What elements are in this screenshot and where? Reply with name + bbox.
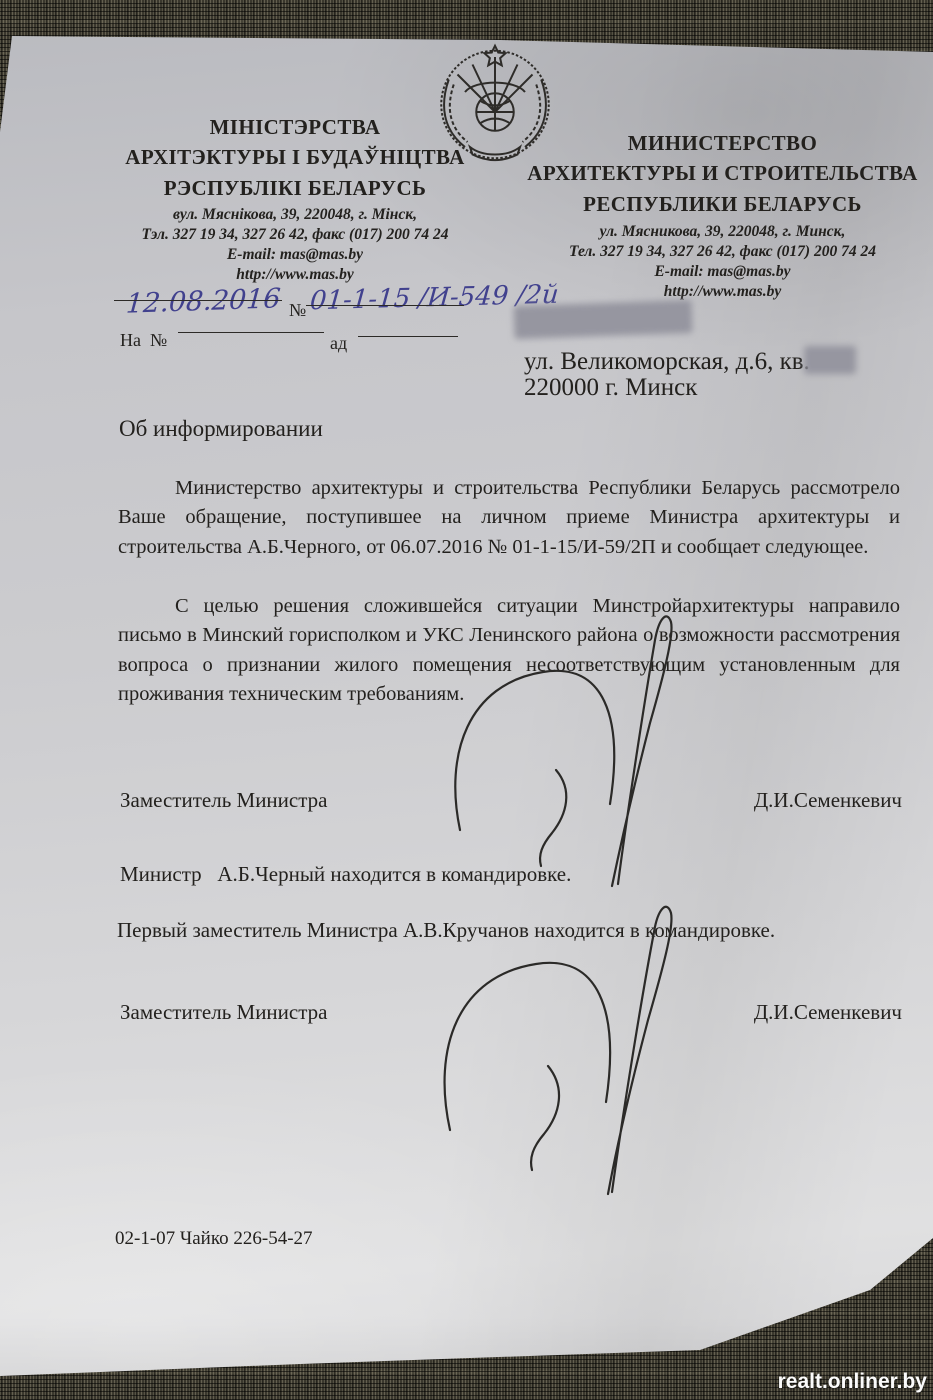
pen-signature-1 [440, 592, 700, 892]
signatory-name-1: Д.И.Семенкевич [754, 788, 902, 813]
redaction-blur-number [513, 300, 692, 339]
signatory-title-2: Заместитель Министра [120, 1000, 327, 1025]
photographed-letter: МІНІСТЭРСТВА АРХІТЭКТУРЫ І БУДАЎНІЦТВА Р… [0, 0, 933, 1400]
signatory-name-2: Д.И.Семенкевич [754, 1000, 902, 1025]
org-email-by: E-mail: mas@mas.by [95, 245, 495, 265]
org-address-ru: ул. Мясникова, 39, 220048, г. Минск, [520, 222, 925, 242]
na-number-label: На № [120, 330, 167, 351]
na-number-underline [178, 332, 324, 333]
org-phone-by: Тэл. 327 19 34, 327 26 42, факс (017) 20… [95, 225, 495, 245]
org-website-ru: http://www.mas.by [520, 282, 925, 302]
org-name-belarusian: МІНІСТЭРСТВА АРХІТЭКТУРЫ І БУДАЎНІЦТВА Р… [95, 112, 495, 203]
org-name-ru-line3: РЕСПУБЛИКИ БЕЛАРУСЬ [520, 189, 925, 219]
org-address-by: вул. Мяснікова, 39, 220048, г. Мінск, [95, 205, 495, 225]
org-name-by-line3: РЭСПУБЛІКІ БЕЛАРУСЬ [95, 173, 495, 203]
org-phone-ru: Тел. 327 19 34, 327 26 42, факс (017) 20… [520, 242, 925, 262]
recipient-address-line2: 220000 г. Минск [524, 374, 697, 402]
ad-label: ад [330, 333, 347, 354]
watermark-realt-onliner: realt.onliner.by [778, 1370, 927, 1394]
ad-underline [358, 336, 458, 337]
body-paragraph-1: Министерство архитектуры и строительства… [118, 474, 900, 562]
number-sign: № [289, 300, 306, 321]
handwritten-date: 12.08.2016 [125, 283, 282, 319]
subject-line: Об информировании [119, 416, 323, 442]
org-name-by-line2: АРХІТЭКТУРЫ І БУДАЎНІЦТВА [95, 142, 495, 172]
org-name-ru-line1: МИНИСТЕРСТВО [520, 128, 925, 158]
date-underline [114, 300, 282, 301]
org-email-ru: E-mail: mas@mas.by [520, 262, 925, 282]
pen-signature-2 [428, 880, 708, 1200]
recipient-address-line1: ул. Великоморская, д.6, кв. [524, 348, 810, 376]
org-name-by-line1: МІНІСТЭРСТВА [95, 112, 495, 142]
org-contacts-russian: ул. Мясникова, 39, 220048, г. Минск, Тел… [520, 222, 925, 303]
number-underline [306, 305, 464, 306]
org-name-russian: МИНИСТЕРСТВО АРХИТЕКТУРЫ И СТРОИТЕЛЬСТВА… [520, 128, 925, 219]
footer-case-reference: 02-1-07 Чайко 226-54-27 [115, 1228, 313, 1250]
org-name-ru-line2: АРХИТЕКТУРЫ И СТРОИТЕЛЬСТВА [520, 158, 925, 188]
signatory-title-1: Заместитель Министра [120, 788, 327, 813]
redaction-blur-apartment [804, 346, 856, 374]
org-contacts-belarusian: вул. Мяснікова, 39, 220048, г. Мінск, Тэ… [95, 205, 495, 286]
